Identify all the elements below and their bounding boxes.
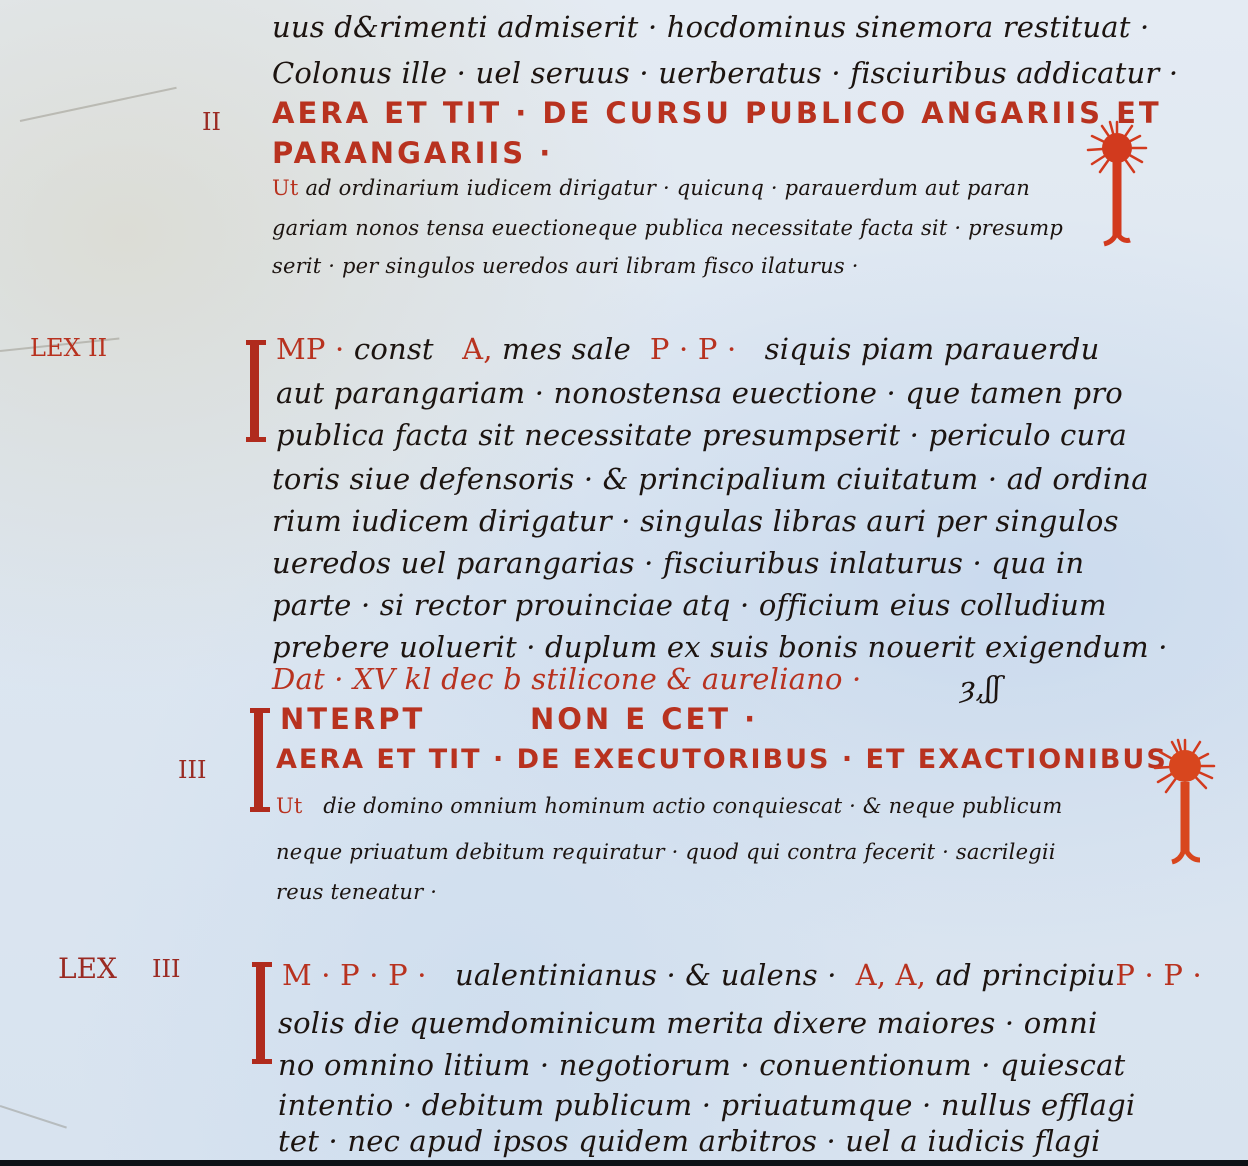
red-abbreviation: P · P · (1115, 958, 1202, 992)
lex-line: MP · const A, mes sale P · P · siquis pi… (276, 332, 1099, 366)
initial-letter-I (256, 962, 265, 1064)
text-line: uus d&rimenti admiserit · hocdominus sin… (272, 10, 1149, 44)
summary-text: ad ordinarium iudicem dirigatur · quicun… (305, 176, 1030, 200)
lex-text: mes sale (502, 332, 631, 366)
summary-line: reus teneatur · (276, 880, 437, 904)
lex-line: toris siue defensoris · & principalium c… (272, 462, 1149, 496)
red-abbreviation: A, A, (856, 958, 927, 992)
lex-line: publica facta sit necessitate presumpser… (276, 418, 1127, 452)
lex-line: no omnino litium · negotiorum · conuenti… (278, 1048, 1125, 1082)
lex-text: ad principiu (936, 958, 1116, 992)
lex-line: tet · nec apud ipsos quidem arbitros · u… (278, 1124, 1100, 1158)
lex-line: intentio · debitum publicum · priuatumqu… (278, 1088, 1135, 1122)
summary-line: neque priuatum debitum requiratur · quod… (276, 840, 1056, 864)
summary-line: serit · per singulos ueredos auri libram… (272, 254, 859, 278)
lex-line: parte · si rector prouinciae atq · offic… (272, 588, 1107, 622)
text-line: Colonus ille · uel seruus · uerberatus ·… (272, 56, 1178, 90)
margin-lex-label: LEX II (30, 334, 107, 362)
summary-line: Ut die domino omnium hominum actio conqu… (276, 794, 1063, 818)
sun-staff-icon (1082, 118, 1152, 248)
summary-initial: Ut (272, 176, 299, 200)
lex-line: prebere uoluerit · duplum ex suis bonis … (272, 630, 1168, 664)
marginal-note: ȝ,ʃʃ (960, 670, 1001, 704)
margin-section-number: III (178, 756, 206, 784)
summary-initial: Ut (276, 794, 303, 818)
summary-line: Ut ad ordinarium iudicem dirigatur · qui… (272, 176, 1030, 200)
summary-line: gariam nonos tensa euectioneque publica … (272, 216, 1063, 240)
scan-edge (0, 1160, 1248, 1166)
rubric-heading: AERA ET TIT · DE EXECUTORIBUS · ET EXACT… (276, 744, 1191, 775)
initial-letter-I (254, 708, 263, 812)
red-abbreviation: P · P · (650, 332, 737, 366)
margin-section-number: III (152, 955, 180, 983)
red-abbreviation: A, (462, 332, 493, 366)
margin-lex-label: LEX (58, 952, 117, 985)
lex-line: aut parangariam · nonostensa euectione ·… (276, 376, 1123, 410)
rubric-heading: PARANGARIIS · (272, 136, 553, 170)
lex-line: rium iudicem dirigatur · singulas libras… (272, 504, 1119, 538)
lex-text: const (354, 332, 434, 366)
red-abbreviation: MP · (276, 332, 344, 366)
dating-line: Dat · XV kl dec b stilicone & aureliano … (272, 662, 861, 696)
initial-letter-I (250, 340, 259, 442)
sun-staff-icon (1150, 736, 1220, 866)
lex-line: solis die quemdominicum merita dixere ma… (278, 1006, 1097, 1040)
parchment-crease (20, 87, 177, 122)
lex-text: siquis piam parauerdu (765, 332, 1100, 366)
lex-line: M · P · P · ualentinianus · & ualens · A… (282, 958, 1202, 992)
red-abbreviation: M · P · P · (282, 958, 427, 992)
lex-text: ualentinianus · & ualens · (455, 958, 837, 992)
summary-text: die domino omnium hominum actio conquies… (323, 794, 1062, 818)
interpretatio-heading: NTERPT NON E CET · (280, 702, 758, 736)
manuscript-page: uus d&rimenti admiserit · hocdominus sin… (0, 0, 1248, 1166)
rubric-heading: AERA ET TIT · DE CURSU PUBLICO ANGARIIS … (272, 96, 1162, 130)
parchment-crease (0, 1105, 67, 1129)
lex-line: ueredos uel parangarias · fisciuribus in… (272, 546, 1084, 580)
margin-section-number: II (202, 108, 221, 136)
